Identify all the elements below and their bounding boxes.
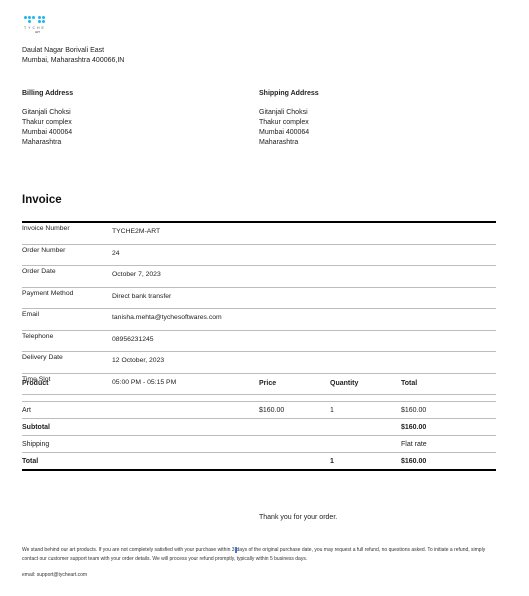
detail-value: October 7, 2023 — [112, 266, 496, 288]
subtotal-row: Subtotal $160.00 — [22, 419, 496, 436]
thank-you-message: Thank you for your order. — [259, 514, 337, 521]
total-row: Total 1 $160.00 — [22, 453, 496, 471]
detail-value: Direct bank transfer — [112, 287, 496, 309]
support-email: email: support@tycheart.com — [22, 572, 87, 578]
invoice-detail-row: Order DateOctober 7, 2023 — [22, 266, 496, 288]
shipping-row: Shipping Flat rate — [22, 436, 496, 453]
detail-value: 08956231245 — [112, 330, 496, 352]
detail-label: Delivery Date — [22, 352, 112, 374]
logo-wordmark: TYCHE — [24, 26, 46, 30]
detail-label: Invoice Number — [22, 222, 112, 244]
invoice-detail-row: Emailtanisha.mehta@tychesoftwares.com — [22, 309, 496, 331]
detail-label: Email — [22, 309, 112, 331]
product-row: Art $160.00 1 $160.00 — [22, 402, 496, 419]
invoice-detail-row: Delivery Date12 October, 2023 — [22, 352, 496, 374]
detail-label: Telephone — [22, 330, 112, 352]
billing-heading: Billing Address — [22, 89, 73, 99]
refund-policy[interactable]: We stand behind our art products. If you… — [22, 546, 502, 563]
invoice-detail-row: Invoice NumberTYCHE2M-ART — [22, 222, 496, 244]
logo-subtext: ART — [35, 31, 40, 34]
detail-label: Order Date — [22, 266, 112, 288]
detail-value: 12 October, 2023 — [112, 352, 496, 374]
invoice-detail-row: Payment MethodDirect bank transfer — [22, 287, 496, 309]
invoice-detail-row: Order Number24 — [22, 244, 496, 266]
tyche-logo: TYCHE ART — [22, 15, 56, 37]
detail-label: Payment Method — [22, 287, 112, 309]
shipping-address: Shipping Address Gitanjali Choksi Thakur… — [259, 89, 319, 148]
invoice-title: Invoice — [22, 194, 62, 206]
products-header-row: Product Price Quantity Total — [22, 378, 496, 402]
billing-address: Billing Address Gitanjali Choksi Thakur … — [22, 89, 73, 148]
products-table: Product Price Quantity Total Art $160.00… — [22, 378, 496, 471]
detail-label: Order Number — [22, 244, 112, 266]
detail-value: tanisha.mehta@tychesoftwares.com — [112, 309, 496, 331]
invoice-details-table: Invoice NumberTYCHE2M-ARTOrder Number24O… — [22, 221, 496, 395]
store-address: Daulat Nagar Borivali East Mumbai, Mahar… — [22, 46, 124, 66]
shipping-heading: Shipping Address — [259, 89, 319, 99]
detail-value: TYCHE2M-ART — [112, 222, 496, 244]
invoice-detail-row: Telephone08956231245 — [22, 330, 496, 352]
detail-value: 24 — [112, 244, 496, 266]
